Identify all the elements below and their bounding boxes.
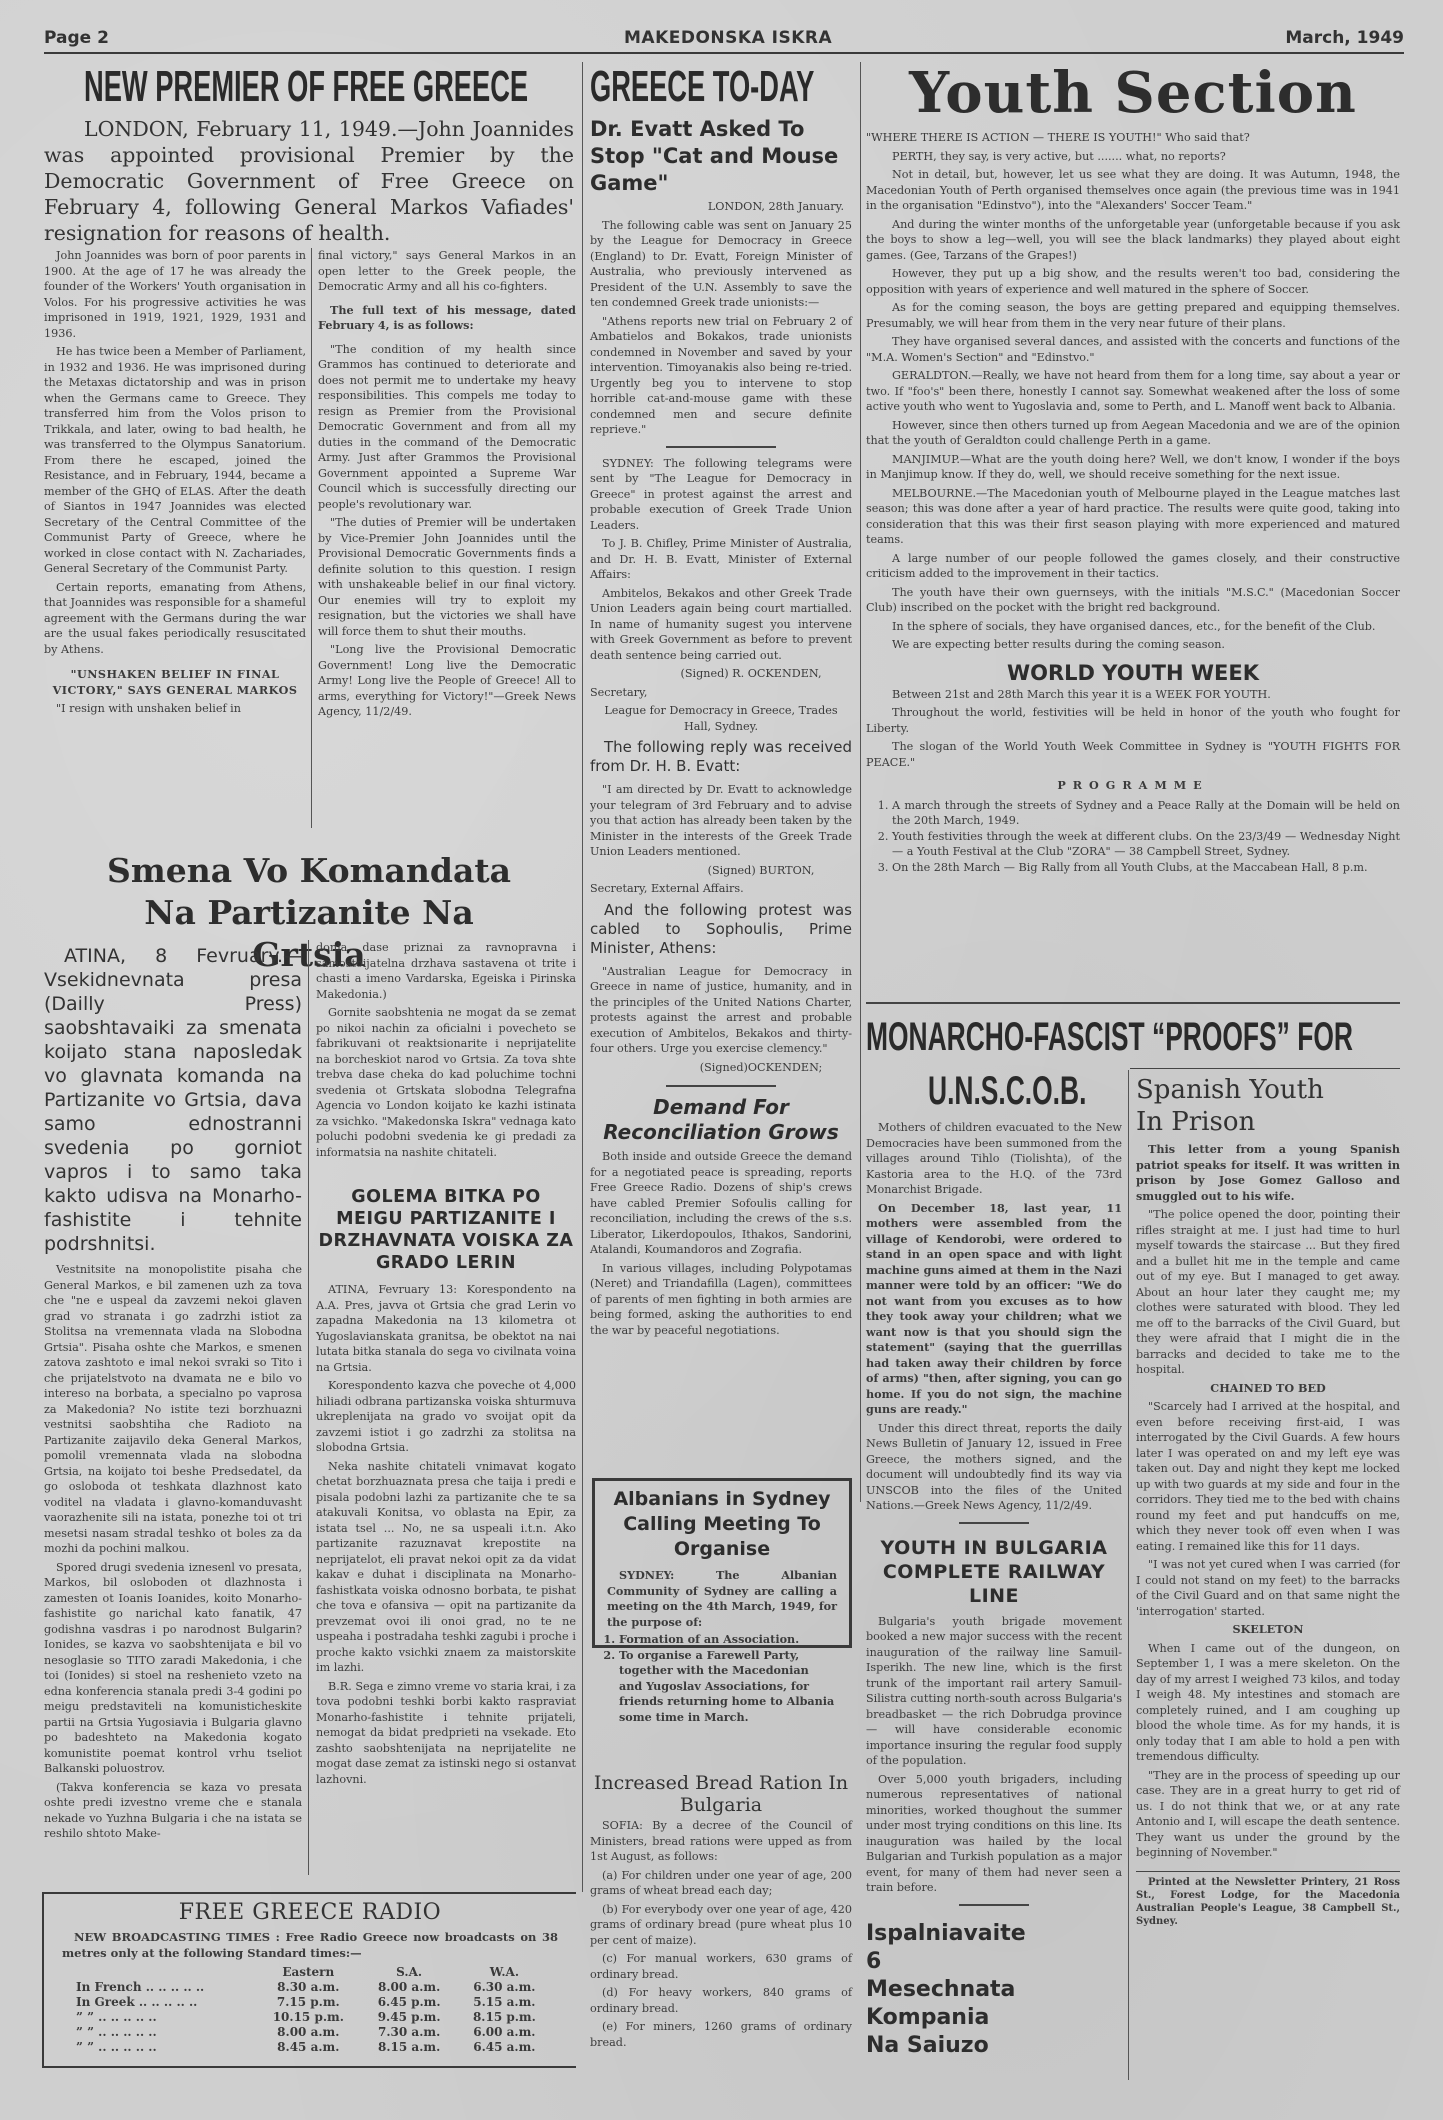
paragraph: The youth have their own guernseys, with… [866, 585, 1400, 616]
article-new-premier: NEW PREMIER OF FREE GREECE LONDON, Febru… [44, 62, 574, 246]
dateline: LONDON, 28th January. [590, 199, 844, 215]
paragraph: "Scarcely had I arrived at the hospital,… [1136, 1399, 1400, 1554]
paragraph: (Takva konferencia se kaza vo presata os… [44, 1780, 302, 1842]
paragraph: final victory," says General Markos in a… [318, 248, 576, 295]
albanians-box: Albanians in Sydney Calling Meeting To O… [592, 1478, 852, 1648]
headline-spanish-youth: Spanish Youth In Prison [1136, 1074, 1336, 1138]
paragraph: "They are in the process of speeding up … [1136, 1768, 1400, 1861]
paragraph: Bulgaria's youth brigade movement booked… [866, 1614, 1122, 1769]
time-sa: 7.30 a.m. [362, 2025, 457, 2040]
table-row: In Greek .. .. .. .. ..7.15 p.m.6.45 p.m… [72, 1995, 552, 2010]
signature-org: League for Democracy in Greece, Trades H… [590, 703, 852, 734]
divider [1136, 1871, 1400, 1872]
radio-intro: NEW BROADCASTING TIMES : Free Radio Gree… [62, 1930, 558, 1961]
publication-title: MAKEDONSKA ISKRA [624, 28, 832, 48]
subhead-unshaken-belief: "UNSHAKEN BELIEF IN FINAL VICTORY," SAYS… [44, 667, 306, 698]
article-spanish-youth: Spanish Youth In Prison This letter from… [1136, 1074, 1400, 1931]
paragraph: "The police opened the door, pointing th… [1136, 1207, 1400, 1378]
article-youth-section: Youth Section "WHERE THERE IS ACTION — T… [866, 62, 1400, 875]
paragraph: To J. B. Chifley, Prime Minister of Aust… [590, 536, 852, 583]
paragraph: (e) For miners, 1260 grams of ordinary b… [590, 2019, 852, 2050]
article-bread-ration: Increased Bread Ration In Bulgaria SOFIA… [590, 1772, 852, 2053]
headline-bulgaria-railway: YOUTH IN BULGARIA COMPLETE RAILWAY LINE [866, 1536, 1122, 1608]
paragraph: The slogan of the World Youth Week Commi… [866, 739, 1400, 770]
paragraph: As for the coming season, the boys are g… [866, 300, 1400, 331]
headline-free-greece-radio: FREE GREECE RADIO [44, 1898, 576, 1928]
headline-reconciliation: Demand For Reconciliation Grows [590, 1095, 852, 1145]
smena-dateline: ATINA, 8 Fevruary. [64, 945, 283, 967]
time-eastern: 8.45 a.m. [255, 2040, 361, 2055]
paragraph: (c) For manual workers, 630 grams of ord… [590, 1951, 852, 1982]
headline-unscob-line2: U.N.S.C.O.B. [928, 1068, 1056, 1114]
time-eastern: 7.15 p.m. [255, 1995, 361, 2010]
smena-lead-text: —Vsekidnevnata presa (Dailly Press) saob… [44, 945, 302, 1255]
paragraph: "The duties of Premier will be undertake… [318, 515, 576, 639]
table-header: S.A. [362, 1965, 457, 1980]
paragraph: "The condition of my health since Grammo… [318, 342, 576, 513]
paragraph: (a) For children under one year of age, … [590, 1868, 852, 1899]
time-sa: 9.45 p.m. [362, 2010, 457, 2025]
section-divider [866, 1002, 1400, 1004]
time-wa: 8.15 p.m. [457, 2010, 552, 2025]
paragraph: Certain reports, emanating from Athens, … [44, 580, 306, 658]
paragraph: Not in detail, but, however, let us see … [866, 167, 1400, 214]
divider [959, 1904, 1029, 1906]
headline-world-youth-week: WORLD YOUTH WEEK [866, 659, 1400, 687]
broadcast-language: ” ” .. .. .. .. .. [72, 2010, 255, 2025]
paragraph: And during the winter months of the unfo… [866, 217, 1400, 264]
premier-dateline: LONDON, February 11, 1949. [84, 117, 398, 141]
paragraph: SYDNEY: The following telegrams were sen… [590, 456, 852, 534]
table-header [72, 1965, 255, 1980]
signature: (Signed) BURTON, [590, 863, 852, 879]
column-rule [860, 62, 861, 1502]
time-eastern: 8.30 a.m. [255, 1980, 361, 1995]
paragraph: Neka nashite chitateli vnimavat kogato c… [316, 1459, 576, 1676]
paragraph: MANJIMUP.—What are the youth doing here?… [866, 452, 1400, 483]
smena-right-column: donia dase priznai za ravnopravna i samo… [316, 940, 576, 1790]
paragraph: ATINA, Fevruary 13: Korespondento na A.A… [316, 1282, 576, 1375]
time-wa: 6.00 a.m. [457, 2025, 552, 2040]
paragraph: Ambitelos, Bekakos and other Greek Trade… [590, 586, 852, 664]
paragraph: "I was not yet cured when I was carried … [1136, 1557, 1400, 1619]
signature: (Signed)OCKENDEN; [590, 1060, 852, 1076]
smena-left-column: ATINA, 8 Fevruary.—Vsekidnevnata presa (… [44, 940, 302, 1845]
column-rule [308, 940, 309, 1875]
list-item: On the 28th March — Big Rally from all Y… [892, 860, 1400, 876]
headline-albanians: Albanians in Sydney Calling Meeting To O… [595, 1487, 849, 1562]
paragraph: The following cable was sent on January … [590, 218, 852, 311]
divider [666, 1085, 776, 1087]
table-header: W.A. [457, 1965, 552, 1980]
paragraph: GERALDTON.—Really, we have not heard fro… [866, 368, 1400, 415]
paragraph: When I came out of the dungeon, on Septe… [1136, 1641, 1400, 1765]
programme-title: PROGRAMME [866, 778, 1400, 794]
time-wa: 5.15 a.m. [457, 1995, 552, 2010]
paragraph: (d) For heavy workers, 840 grams of ordi… [590, 1985, 852, 2016]
subhead-skeleton: SKELETON [1136, 1622, 1400, 1638]
table-header: Eastern [255, 1965, 361, 1980]
paragraph: PERTH, they say, is very active, but ...… [866, 149, 1400, 165]
paragraph: Vestnitsite na monopolistite pisaha che … [44, 1262, 302, 1557]
paragraph: He has twice been a Member of Parliament… [44, 344, 306, 577]
page-number: Page 2 [44, 28, 109, 48]
paragraph: Mothers of children evacuated to the New… [866, 1120, 1122, 1198]
paragraph: John Joannides was born of poor parents … [44, 248, 306, 341]
time-eastern: 8.00 a.m. [255, 2025, 361, 2040]
table-row: In French .. .. .. .. ..8.30 a.m.8.00 a.… [72, 1980, 552, 1995]
broadcast-times-table: Eastern S.A. W.A. In French .. .. .. .. … [72, 1965, 552, 2055]
list-item: Youth festivities through the week at di… [892, 829, 1400, 860]
headline-ispalniavaite: Ispalniavaite 6 Mesechnata Kompania Na S… [866, 1920, 1026, 2060]
table-row: ” ” .. .. .. .. ..10.15 p.m.9.45 p.m.8.1… [72, 2010, 552, 2025]
paragraph: Over 5,000 youth brigaders, including nu… [866, 1772, 1122, 1896]
smena-lead: ATINA, 8 Fevruary.—Vsekidnevnata presa (… [44, 944, 302, 1256]
headline-unscob-line1: MONARCHO-FASCIST “PROOFS” FOR [866, 1014, 1218, 1060]
paragraph: However, they put up a big show, and the… [866, 266, 1400, 297]
paragraph: SOFIA: By a decree of the Council of Min… [590, 1818, 852, 1865]
paragraph: In the sphere of socials, they have orga… [866, 619, 1400, 635]
column-rule [1128, 1070, 1129, 2080]
paragraph: Korespondento kazva che poveche ot 4,000… [316, 1378, 576, 1456]
time-wa: 6.30 a.m. [457, 1980, 552, 1995]
premier-right-column: final victory," says General Markos in a… [318, 248, 576, 723]
article-greece-today: GREECE TO-DAY Dr. Evatt Asked To Stop "C… [590, 62, 852, 1341]
newspaper-page: Page 2 MAKEDONSKA ISKRA March, 1949 NEW … [0, 0, 1443, 2120]
headline-youth-section: Youth Section [866, 62, 1400, 124]
broadcast-language: ” ” .. .. .. .. .. [72, 2025, 255, 2040]
list-item: Formation of an Association. [619, 1632, 835, 1648]
subhead-chained-to-bed: CHAINED TO BED [1136, 1381, 1400, 1397]
premier-left-column: John Joannides was born of poor parents … [44, 248, 306, 720]
spanish-intro: This letter from a young Spanish patriot… [1136, 1142, 1400, 1204]
paragraph: Under this direct threat, reports the da… [866, 1421, 1122, 1514]
issue-date: March, 1949 [1285, 28, 1404, 48]
premier-lead: LONDON, February 11, 1949.—John Joannide… [44, 116, 574, 246]
list-item: A march through the streets of Sydney an… [892, 798, 1400, 829]
signature-title: Secretary, [590, 685, 852, 701]
headline-evatt: Dr. Evatt Asked To Stop "Cat and Mouse G… [590, 116, 852, 197]
unscob-column: U.N.S.C.O.B. Mothers of children evacuat… [866, 1068, 1122, 2060]
bold-intro: The full text of his message, dated Febr… [318, 303, 576, 334]
time-sa: 8.15 a.m. [362, 2040, 457, 2055]
table-row: ” ” .. .. .. .. ..8.45 a.m.8.15 a.m.6.45… [72, 2040, 552, 2055]
free-greece-radio-box: FREE GREECE RADIO NEW BROADCASTING TIMES… [42, 1892, 576, 2068]
broadcast-language: ” ” .. .. .. .. .. [72, 2040, 255, 2055]
column-rule [582, 62, 583, 1892]
paragraph: "Long live the Provisional Democratic Go… [318, 642, 576, 720]
paragraph: "WHERE THERE IS ACTION — THERE IS YOUTH!… [866, 130, 1400, 146]
masthead: Page 2 MAKEDONSKA ISKRA March, 1949 [44, 22, 1404, 54]
paragraph: In various villages, including Polypotam… [590, 1261, 852, 1339]
paragraph-bold: On December 18, last year, 11 mothers we… [866, 1201, 1122, 1418]
paragraph: We are expecting better results during t… [866, 637, 1400, 653]
time-sa: 6.45 p.m. [362, 1995, 457, 2010]
protest-intro: And the following protest was cabled to … [590, 901, 852, 958]
albanians-intro: SYDNEY: The Albanian Community of Sydney… [607, 1568, 837, 1630]
paragraph: MELBOURNE.—The Macedonian youth of Melbo… [866, 486, 1400, 548]
headline-new-premier: NEW PREMIER OF FREE GREECE [84, 62, 528, 112]
albanians-list: Formation of an Association. To organise… [595, 1632, 835, 1725]
reply-intro: The following reply was received from Dr… [590, 738, 852, 776]
paragraph: B.R. Sega e zimno vreme vo staria krai, … [316, 1679, 576, 1788]
paragraph: Throughout the world, festivities will b… [866, 705, 1400, 736]
list-item: To organise a Farewell Party, together w… [619, 1648, 835, 1726]
paragraph: A large number of our people followed th… [866, 551, 1400, 582]
paragraph: They have organised several dances, and … [866, 334, 1400, 365]
time-eastern: 10.15 p.m. [255, 2010, 361, 2025]
column-rule [311, 248, 312, 828]
box-top-rule [1130, 1068, 1400, 1069]
paragraph: (b) For everybody over one year of age, … [590, 1902, 852, 1949]
paragraph: Gornite saobshtenia ne mogat da se zemat… [316, 1005, 576, 1160]
paragraph: Both inside and outside Greece the deman… [590, 1149, 852, 1258]
programme-list: A march through the streets of Sydney an… [866, 798, 1400, 876]
paragraph: "Australian League for Democracy in Gree… [590, 964, 852, 1057]
paragraph: However, since then others turned up fro… [866, 418, 1400, 449]
time-sa: 8.00 a.m. [362, 1980, 457, 1995]
paragraph: "I am directed by Dr. Evatt to acknowled… [590, 782, 852, 860]
signature: (Signed) R. OCKENDEN, [590, 666, 852, 682]
table-row: ” ” .. .. .. .. ..8.00 a.m.7.30 a.m.6.00… [72, 2025, 552, 2040]
section-title-greece-today: GREECE TO-DAY [590, 62, 752, 112]
article-unscob: MONARCHO-FASCIST “PROOFS” FOR [866, 1014, 1400, 1060]
headline-bread-ration: Increased Bread Ration In Bulgaria [590, 1772, 852, 1816]
paragraph: Spored drugi svedenia iznesenl vo presat… [44, 1560, 302, 1777]
headline-golema-bitka: GOLEMA BITKA PO MEIGU PARTIZANITE I DRZH… [316, 1186, 576, 1274]
paragraph: "I resign with unshaken belief in [44, 701, 306, 717]
paragraph: "Athens reports new trial on February 2 … [590, 314, 852, 438]
broadcast-language: In French .. .. .. .. .. [72, 1980, 255, 1995]
paragraph: Between 21st and 28th March this year it… [866, 687, 1400, 703]
paragraph: donia dase priznai za ravnopravna i samo… [316, 940, 576, 1002]
time-wa: 6.45 a.m. [457, 2040, 552, 2055]
signature-title: Secretary, External Affairs. [590, 881, 852, 897]
divider [666, 446, 776, 448]
broadcast-language: In Greek .. .. .. .. .. [72, 1995, 255, 2010]
divider [959, 1522, 1029, 1524]
printer-imprint: Printed at the Newsletter Printery, 21 R… [1136, 1876, 1400, 1928]
